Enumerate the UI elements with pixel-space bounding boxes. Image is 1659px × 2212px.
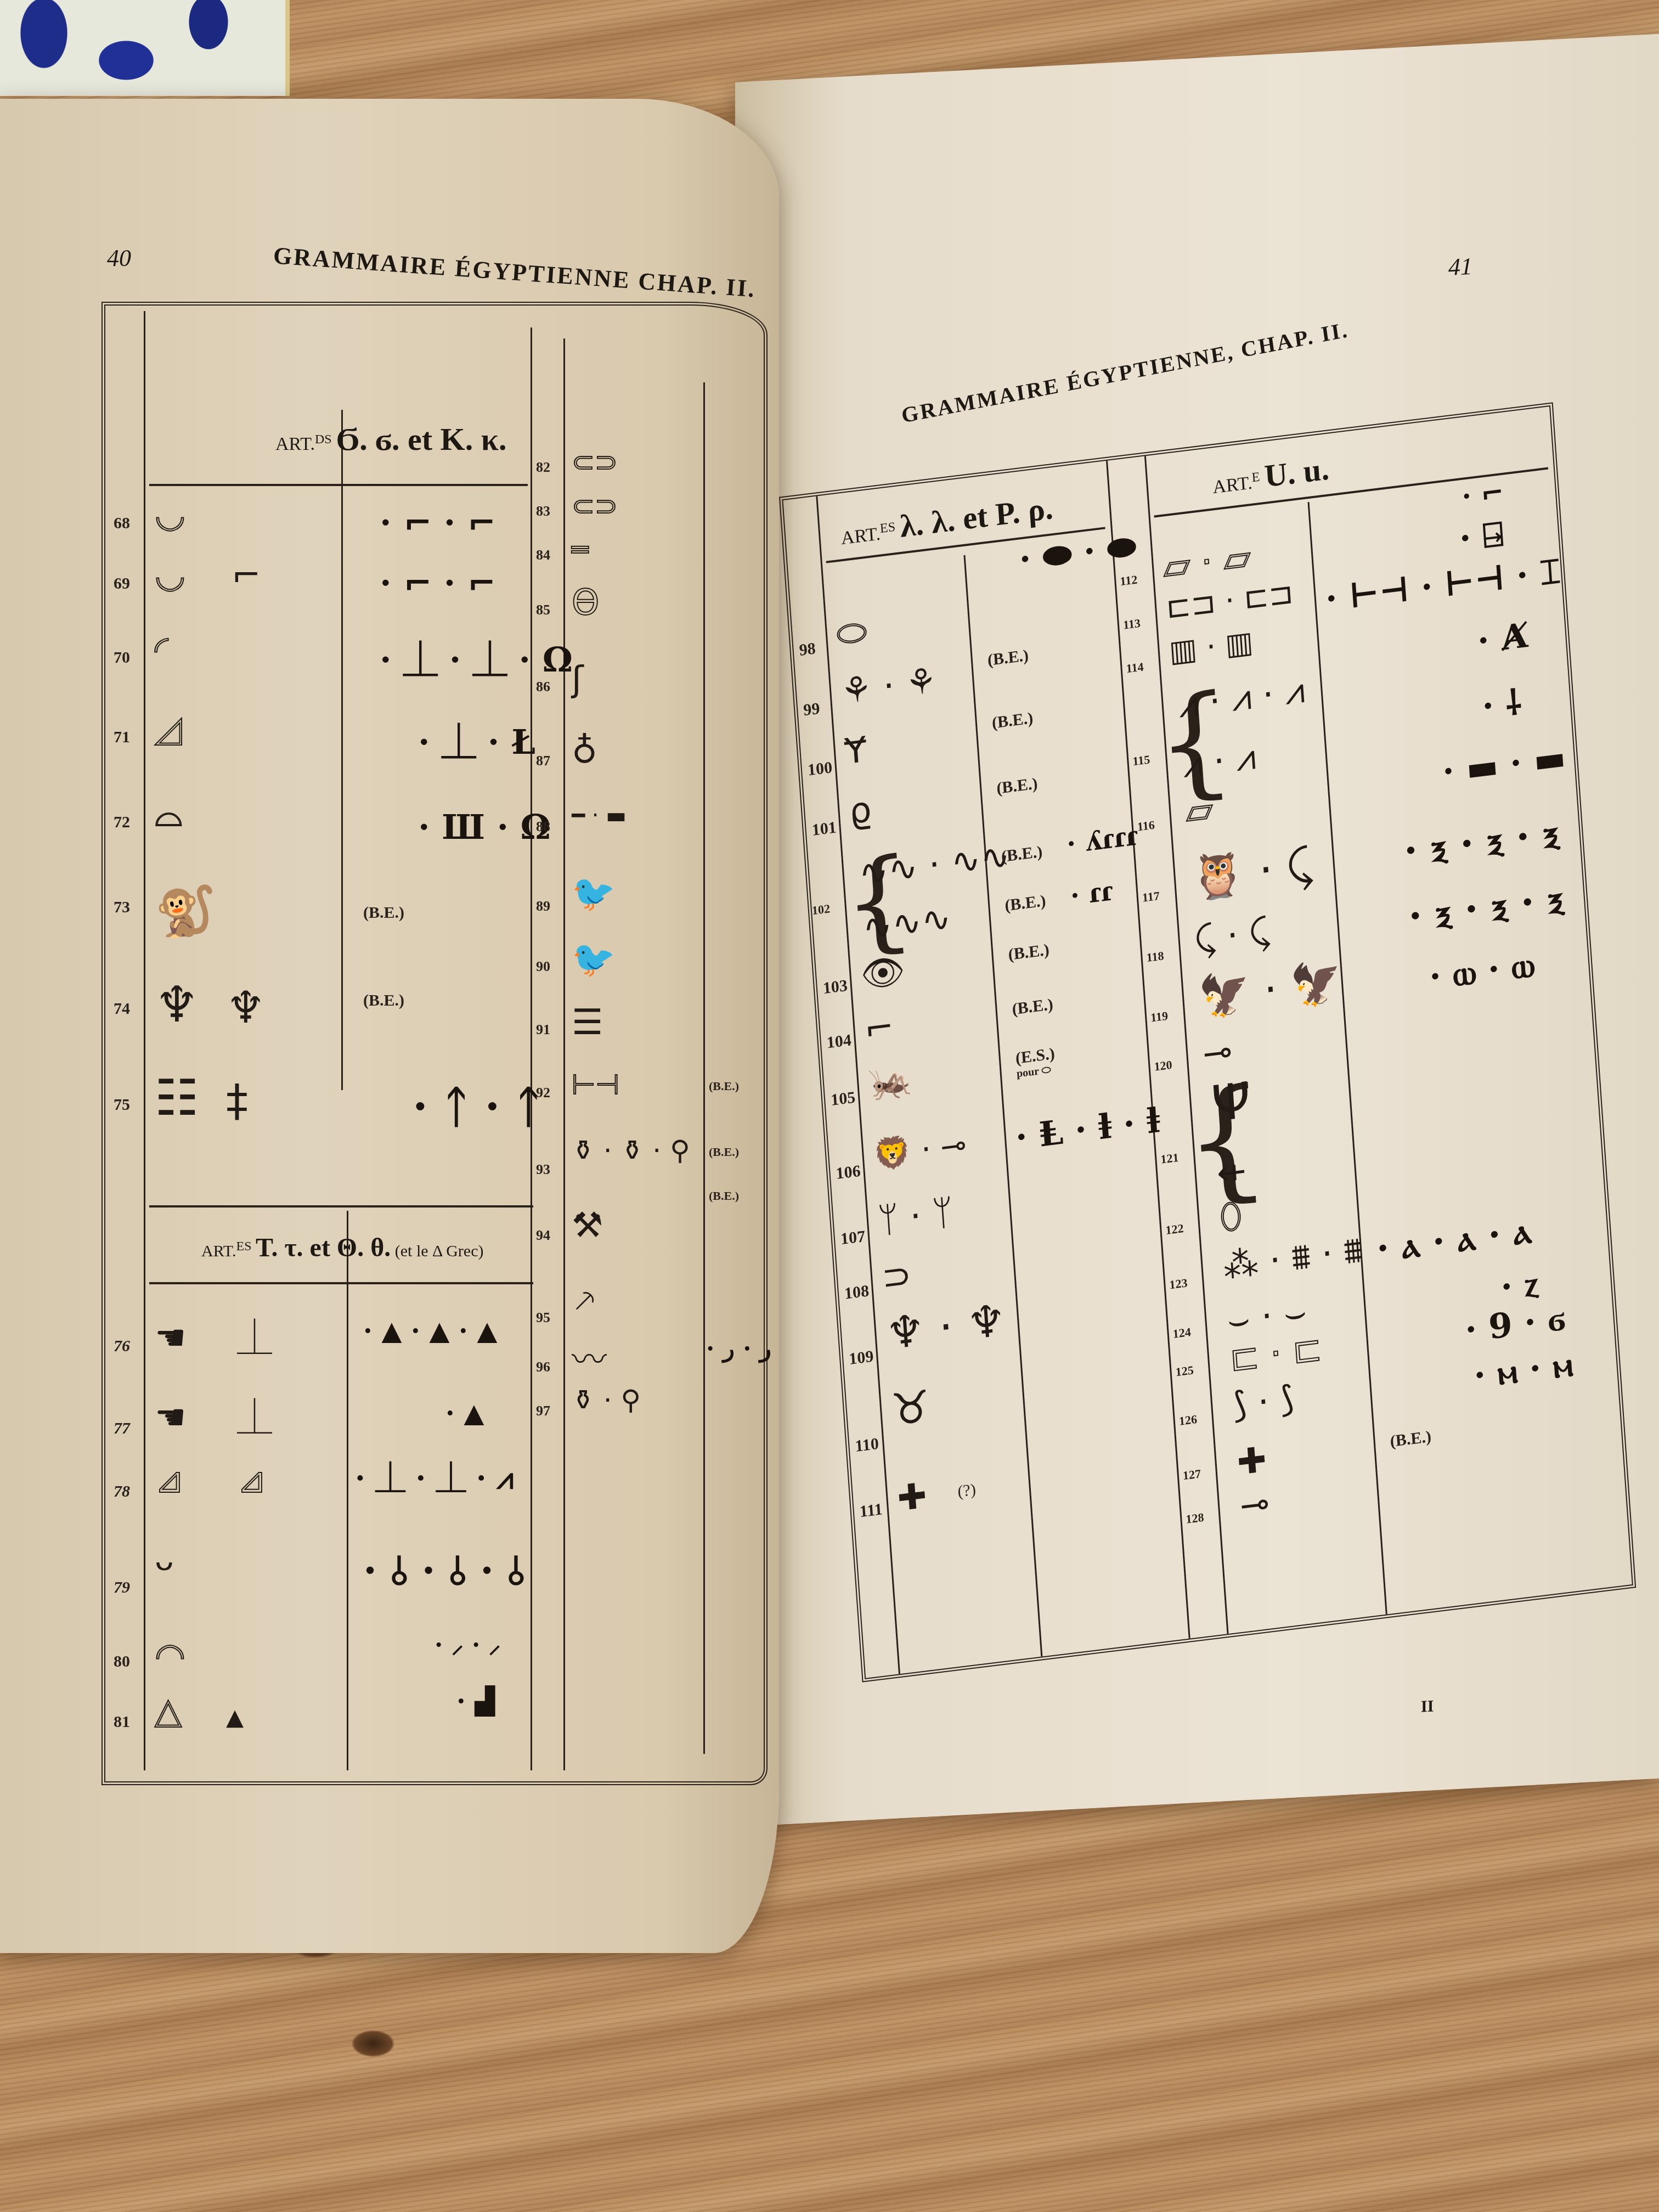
row-number: 100 [807,758,833,780]
hieratic: · ⲙ · ⲙ [1472,1347,1574,1393]
hieroglyph: ϱ [848,792,873,830]
hieroglyph: ♆ [226,986,266,1030]
hieroglyph: ∿∿∿ [862,901,952,946]
hieratic: · ⲱ · ⲱ [1428,947,1536,994]
art-letters: U. u. [1263,451,1330,494]
row-number: 75 [114,1096,130,1114]
hieroglyph: 🦉 · ⤹ [1189,843,1314,901]
hieroglyph: ⩘ · ⩘ [1181,740,1256,783]
hieratic: · 9 · ϭ [1464,1301,1566,1347]
hieroglyph: ✚ [1236,1442,1268,1481]
decorative-tile [0,0,290,96]
hieroglyph: ◠ [155,1639,185,1674]
row-number: 128 [1186,1510,1205,1527]
section-header-u: ART.E U. u. [1211,450,1330,501]
sign-table-frame: ART.DS Ϭ. ϭ. et K. κ. 68 ◡ · ⌐ · ⌐ 69 ◡ … [101,302,768,1785]
row-number: 102 [811,901,831,918]
row-number: 77 [114,1419,130,1438]
note-be: (B.E.) [363,904,404,922]
hieroglyph: ⏊ [237,1321,272,1356]
hieroglyph: ♆ · ♆ [884,1298,1008,1356]
row-number: 98 [799,639,816,659]
row-number: 71 [114,728,130,747]
row-number: 86 [536,679,550,695]
row-number: 109 [848,1347,874,1369]
hieroglyph: ⁂ · ⩩ · ⩩ [1222,1233,1364,1285]
hieratic: · ʎɾɾɾ [1066,823,1138,857]
hieroglyph: ⚘ · ⚘ [839,663,938,710]
art-sup: ES [879,520,896,536]
row-number: 72 [114,813,130,832]
hieratic: · ⲍ [1499,1266,1539,1305]
hieroglyph: Ψ [1210,1076,1252,1130]
row-number: 69 [114,574,130,593]
header-rule [149,1282,533,1284]
row-number: 79 [114,1578,130,1597]
row-number: 93 [536,1161,550,1178]
hieroglyph: ᵕ [155,1545,175,1595]
row-number: 111 [859,1500,883,1521]
hieroglyph: ᛘ · ᛘ [877,1194,955,1238]
row-number: 123 [1169,1276,1188,1293]
art-sup: ES [236,1239,251,1254]
hieratic: · ⍈ [1458,517,1505,556]
hieroglyph: ♉ [890,1384,932,1432]
hieroglyph: ▱ [1184,792,1214,830]
note-be: (B.E.) [1390,1427,1432,1451]
art-sup: DS [315,432,332,447]
hieroglyph: ⊂⊃ [572,448,618,476]
hieroglyph: ◡ [155,498,185,533]
row-number: 87 [536,753,550,769]
note-uncertain: (?) [957,1481,977,1502]
hieroglyph: 🐦 [572,876,616,911]
signature-mark: II [1421,1697,1434,1716]
hieroglyph: ☷ [155,1074,199,1123]
row-number: 105 [830,1088,856,1110]
row-number: 83 [536,503,550,520]
hieroglyph: 🦗 [867,1062,913,1102]
hieroglyph: ⊏ · ⊏ [1228,1331,1323,1377]
hieroglyph: ⊃ [881,1257,912,1296]
hieratic: · ▲ · ▲ · ▲ [363,1318,497,1344]
art-suffix: (et le Δ Grec) [395,1242,484,1260]
note-be: (B.E.) [1008,941,1050,964]
row-number: 120 [1154,1058,1173,1074]
hieratic: · ⊢⊣ · ⊢⊣ · ⌶ [1324,554,1561,617]
note-be: (B.E.) [1004,891,1046,915]
row-number: 70 [114,648,130,667]
row-number: 122 [1165,1221,1184,1238]
hieratic: · ر · ر [706,1337,771,1361]
hieratic: · ⏊ · Ł [418,725,535,759]
header-rule [149,1205,533,1207]
wood-knot [351,2030,395,2057]
art-prefix: ART. [1212,473,1252,498]
hieroglyph: ◡ [155,558,185,593]
hieroglyph: ▴ [226,1699,244,1734]
art-prefix: ART. [840,524,881,549]
hieroglyph: ⚱ · ⚱ · ⚲ [572,1137,690,1164]
hieratic: · ▬ · ▬ [1441,740,1567,789]
page-number: 40 [107,244,131,272]
hieroglyph: ☰ [572,1005,603,1040]
row-number: 119 [1150,1009,1169,1025]
hieroglyph: Ɵ [572,585,599,620]
hieroglyph: ✚ [896,1479,928,1517]
hieroglyph: ⊿ [155,1463,184,1498]
row-number: 121 [1160,1150,1180,1167]
column-divider [144,311,145,1770]
hieroglyph: ♁ [572,733,597,769]
row-number: 90 [536,958,550,975]
row-number: 73 [114,898,130,917]
hieroglyph: ◜ [155,632,168,667]
hieroglyph: ⬭ [836,614,868,652]
row-number: 82 [536,459,550,476]
column-divider [347,1211,348,1770]
hieroglyph: ⚒ [572,1208,603,1243]
left-page: 40 GRAMMAIRE ÉGYPTIENNE CHAP. II. ART.DS… [0,99,779,1953]
hieratic: · ▲ [445,1400,484,1426]
hieroglyph: △ [155,1694,182,1729]
row-number: 91 [536,1022,550,1038]
hieroglyph: ⸕ [572,1282,598,1317]
hieroglyph: ⤹ · ⤹ [1194,914,1272,958]
note-es: (E.S.) pour ⬭ [1015,1045,1056,1080]
hieroglyph: ⌓ [155,797,183,832]
art-prefix: ART. [275,434,315,454]
hieroglyph: 🦅 · 🦅 [1198,960,1344,1019]
row-number: 94 [536,1227,550,1244]
hieroglyph: ⇷ [1216,1153,1248,1192]
row-number: 113 [1122,616,1141,633]
hieratic: · ⌐ · ⌐ [380,566,496,600]
row-number: 74 [114,1000,130,1018]
art-letters: T. τ. et Θ. θ. [256,1233,391,1262]
section-header-sigma: ART.DS Ϭ. ϭ. et K. κ. [275,421,506,458]
hieroglyph: ☚ [155,1321,186,1356]
row-number: 68 [114,514,130,533]
row-number: 95 [536,1310,550,1326]
row-number: 101 [811,819,837,840]
running-head: GRAMMAIRE ÉGYPTIENNE, CHAP. II. [900,317,1350,428]
hieratic: · Ш · Ω [418,810,551,844]
hieroglyph: ⊢⊣ [572,1071,619,1098]
hieroglyph: ▥ · ▥ [1168,627,1254,667]
running-head: GRAMMAIRE ÉGYPTIENNE CHAP. II. [272,241,757,303]
row-number: 76 [114,1337,130,1356]
hieroglyph: ♆ [155,980,199,1030]
note-be: (B.E.) [709,1145,739,1159]
row-number: 99 [803,699,820,720]
row-number: 97 [536,1403,550,1419]
section-header-tau: ART.ES T. τ. et Θ. θ. (et le Δ Grec) [201,1233,483,1263]
note-be: (B.E.) [991,709,1034,732]
art-sup: E [1251,470,1260,486]
sign-table-frame: ART.ES λ. λ. et P. ρ. ART.E U. u. · ⬬ · … [779,402,1636,1682]
row-number: 89 [536,898,550,915]
row-number: 126 [1178,1412,1198,1429]
hieroglyph: ‡ [226,1079,248,1123]
hieroglyph: ═ [572,536,588,563]
note-be: (B.E.) [709,1079,739,1093]
row-number: 92 [536,1085,550,1101]
row-number: 107 [840,1227,866,1249]
row-number: 103 [822,977,848,998]
row-number: 80 [114,1652,130,1671]
hieroglyph: ⊸ [1239,1486,1271,1524]
note-be: (B.E.) [987,646,1029,670]
hieratic: · ⌐ · ⌐ [380,506,496,540]
row-number: 96 [536,1359,550,1375]
hieroglyph: ⬯ [1218,1198,1243,1235]
hieroglyph: ◿ [155,712,182,747]
hieroglyph: ⏊ [237,1400,272,1435]
hieratic: · ⲝ · ⲝ · ⲝ [1402,812,1560,871]
hieroglyph: 👁 [860,953,907,994]
art-prefix: ART. [201,1242,236,1260]
hieroglyph: ━ · ▬ [572,805,627,827]
hieratic: · ⲝ · ⲝ · ⲝ [1407,878,1565,936]
column-divider [563,338,565,1770]
hieroglyph: 🦁 · ⊸ [872,1130,968,1171]
column-divider [703,382,705,1754]
header-rule [149,484,528,486]
hieroglyph: ⌐ [864,1009,895,1048]
note-be: (B.E.) [709,1189,739,1203]
hieratic: · ⸝ · ⸝ [435,1633,501,1657]
row-number: 110 [854,1435,879,1456]
column-divider [1308,502,1387,1615]
right-page: 41 GRAMMAIRE ÉGYPTIENNE, CHAP. II. ART.E… [735,34,1659,1827]
row-number: 124 [1172,1325,1192,1341]
column-divider [341,410,343,1090]
hieratic-top: · ⌐ [1461,478,1505,511]
hieratic: · Ⱡ · ⱡ · ⱡ [1014,1103,1161,1155]
row-number: 108 [844,1282,870,1303]
note-be: (B.E.) [996,775,1038,798]
hieratic: · ⲁ · ⲁ · ⲁ [1375,1212,1533,1267]
page-number: 41 [1448,252,1472,281]
hieratic: · ⫰ · ⫰ · ⫰ [363,1551,525,1590]
row-number: 116 [1137,818,1155,834]
hieratic: · Ⱥ [1476,618,1528,658]
row-number: 117 [1142,889,1160,905]
hieroglyph: 🐒 [155,887,216,936]
row-number: 118 [1146,949,1165,965]
row-number: 125 [1175,1363,1194,1380]
hieroglyph: ⚱ · ⚲ [572,1386,641,1414]
hieroglyph: Ɏ [844,732,867,770]
hieratic: · ⏊ · ⏊ · ⩘ [355,1463,513,1493]
hieroglyph: ⊂⊃ [572,492,618,520]
hieroglyph: ☚ [155,1400,186,1435]
row-number: 88 [536,819,550,835]
hieroglyph: 〰 [572,1342,607,1378]
hieroglyph: ▱ · ▱ [1162,539,1252,585]
row-number: 81 [114,1713,130,1731]
hieratic: · ɾɾ [1069,878,1113,910]
art-letters: Ϭ. ϭ. et K. κ. [336,421,506,457]
hieratic: · ᛏ · ᛏ [413,1085,541,1128]
note-be: (B.E.) [1012,995,1054,1019]
row-number: 115 [1132,753,1151,769]
hieroglyph: ⌐ [232,558,261,593]
row-number: 104 [826,1031,852,1052]
row-number: 84 [536,547,550,563]
row-number: 106 [836,1162,861,1183]
hieroglyph: 🐦 [572,942,616,977]
hieroglyph: ⊿ [237,1463,267,1498]
hieratic: · ⏊ · ⏊ · Ω [380,643,573,677]
hieratic: · ⸸ [1481,685,1522,724]
row-number: 112 [1120,573,1138,589]
column-divider [531,328,532,1770]
hieratic: · ▟ [456,1688,495,1714]
row-number: 78 [114,1482,130,1501]
row-number: 85 [536,602,550,618]
row-number: 127 [1182,1466,1201,1483]
hieroglyph: ⟆ · ⟆ [1232,1381,1295,1423]
row-number: 114 [1126,660,1144,676]
note-be: (B.E.) [363,991,404,1010]
hieroglyph: ʃ [572,662,584,697]
